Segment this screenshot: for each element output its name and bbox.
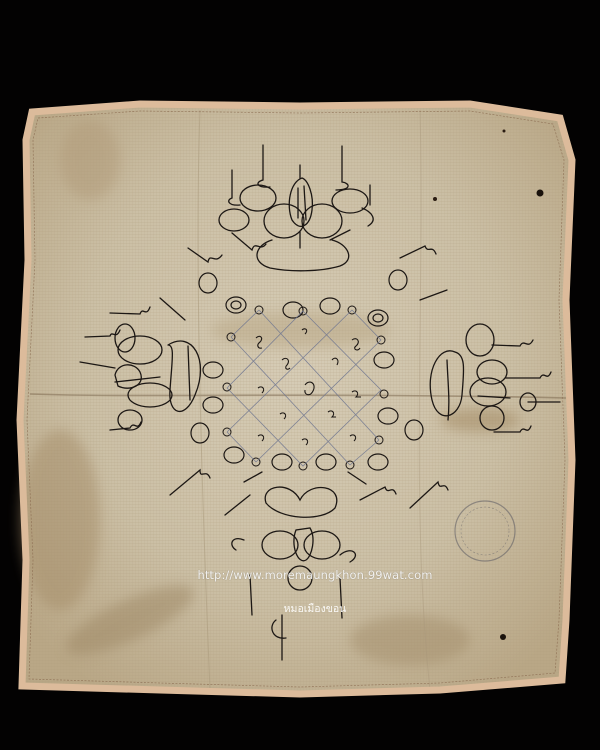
hole — [537, 190, 544, 197]
yantra-cloth — [0, 0, 600, 750]
watermark-name: หมอเมืองขอน — [255, 600, 375, 617]
watermark-url: http://www.moremaungkhon.99wat.com — [195, 568, 435, 582]
photo: http://www.moremaungkhon.99wat.com หมอเม… — [0, 0, 600, 750]
